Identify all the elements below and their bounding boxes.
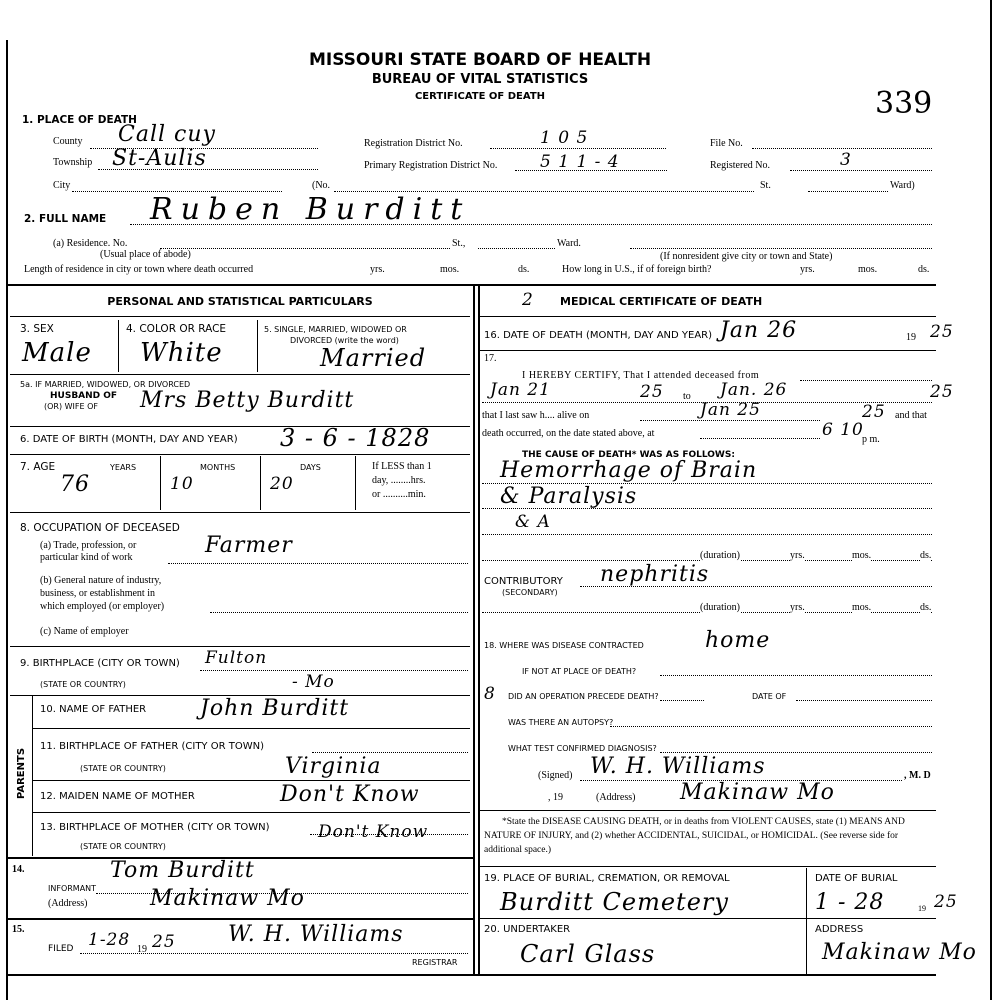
- residence-ward: Ward.: [557, 238, 581, 249]
- no-label: (No.: [312, 180, 330, 191]
- duration-ds-1: ds.: [920, 550, 931, 561]
- medical-title: MEDICAL CERTIFICATE OF DEATH: [560, 295, 880, 308]
- operation-mark: 8: [484, 684, 496, 704]
- last-saw-label: that I last saw h.... alive on: [482, 410, 589, 421]
- birthplace-city-value: Fulton: [205, 648, 267, 668]
- physician-address-label: (Address): [596, 792, 635, 803]
- divider: [160, 456, 161, 510]
- duration-label-1: (duration): [700, 550, 740, 561]
- right-border: [990, 0, 992, 1000]
- attended-to-year: 25: [930, 382, 954, 402]
- stamp-number: 339: [875, 86, 932, 121]
- date-of-label: DATE OF: [752, 692, 786, 701]
- industry-line: [210, 612, 468, 613]
- death-time: 6 10: [822, 420, 864, 440]
- attended-to: Jan. 26: [720, 380, 787, 400]
- primary-district-value: 5 1 1 - 4: [540, 152, 620, 172]
- last-saw-date: Jan 25: [700, 400, 761, 420]
- file-no-label: File No.: [710, 138, 743, 149]
- operation-line: [660, 700, 704, 701]
- reg-district-label: Registration District No.: [364, 138, 463, 149]
- divider: [33, 780, 470, 781]
- cause-1: Hemorrhage of Brain: [500, 458, 757, 483]
- informant-value: Tom Burditt: [110, 858, 255, 883]
- divider: [10, 512, 470, 513]
- year-label: , 19: [548, 792, 563, 803]
- parents-divider: [32, 696, 33, 856]
- birthplace-state-label: (STATE OR COUNTRY): [40, 680, 126, 689]
- father-label: 10. NAME OF FATHER: [40, 704, 146, 715]
- birthplace-state-value: - Mo: [292, 672, 335, 692]
- township-label: Township: [53, 157, 92, 168]
- mother-value: Don't Know: [280, 782, 420, 807]
- full-name-value: Ruben Burditt: [150, 192, 470, 227]
- test-line: [660, 752, 932, 753]
- undertaker-label: 20. UNDERTAKER: [484, 924, 570, 935]
- burial-year-prefix: 19: [918, 904, 926, 913]
- burial-place-value: Burditt Cemetery: [500, 888, 729, 916]
- length-mos: mos.: [440, 264, 459, 275]
- residence-line: [160, 248, 450, 249]
- dod-year: 25: [930, 322, 954, 342]
- divider: [33, 728, 470, 729]
- less-label-2: day, ........hrs.: [372, 475, 426, 486]
- length-yrs: yrs.: [370, 264, 385, 275]
- test-label: WHAT TEST CONFIRMED DIAGNOSIS?: [508, 744, 657, 753]
- dod-value: Jan 26: [720, 318, 797, 343]
- contracted-label: 18. WHERE WAS DISEASE CONTRACTED: [484, 641, 644, 650]
- certificate-title: CERTIFICATE OF DEATH: [270, 91, 690, 102]
- township-value: St-Aulis: [112, 146, 207, 171]
- sex-label: 3. SEX: [20, 323, 54, 335]
- abode-label: (Usual place of abode): [100, 249, 191, 260]
- date-of-line: [796, 700, 932, 701]
- undertaker-value: Carl Glass: [520, 940, 655, 968]
- birthplace-label: 9. BIRTHPLACE (CITY OR TOWN): [20, 658, 180, 669]
- num-17: 17.: [484, 353, 497, 364]
- burial-date-value: 1 - 28: [815, 890, 884, 915]
- spouse-label-2: HUSBAND OF: [50, 391, 117, 401]
- county-label: County: [53, 136, 82, 147]
- physician-address: Makinaw Mo: [680, 780, 835, 805]
- burial-date-label: DATE OF BURIAL: [815, 873, 898, 884]
- time-suffix: p m.: [862, 434, 880, 445]
- divider: [480, 316, 936, 317]
- mother-label: 12. MAIDEN NAME OF MOTHER: [40, 791, 195, 802]
- filed-date: 1-28: [88, 930, 130, 950]
- occupation-value: Farmer: [205, 533, 293, 558]
- spouse-label-3: (OR) WIFE OF: [44, 402, 98, 411]
- age-months-value: 10: [170, 474, 194, 494]
- dod-label: 16. DATE OF DEATH (MONTH, DAY AND YEAR): [484, 330, 712, 341]
- years-label: YEARS: [110, 463, 136, 472]
- age-days-value: 20: [270, 474, 294, 494]
- not-at-place-line: [660, 675, 932, 676]
- divider: [10, 316, 470, 317]
- last-saw-line: [640, 420, 820, 421]
- secondary-label: (SECONDARY): [502, 588, 558, 597]
- informant-address-label: (Address): [48, 898, 87, 909]
- bureau-title: BUREAU OF VITAL STATISTICS: [270, 72, 690, 87]
- divider: [260, 456, 261, 510]
- attended-from-year: 25: [640, 382, 664, 402]
- file-no-line: [752, 148, 932, 149]
- city-label: City: [53, 180, 70, 191]
- bottom-divider: [6, 974, 936, 976]
- occ-a-1: (a) Trade, profession, or: [40, 540, 136, 551]
- county-value: Call cuy: [118, 122, 216, 147]
- attended-from: Jan 21: [490, 380, 551, 400]
- informant-address-value: Makinaw Mo: [150, 886, 305, 911]
- burial-place-label: 19. PLACE OF BURIAL, CREMATION, OR REMOV…: [484, 873, 730, 884]
- us-label: How long in U.S., if of foreign birth?: [562, 264, 711, 275]
- duration-yrs-1: yrs.: [790, 550, 805, 561]
- divider: [480, 866, 936, 867]
- occurred-line: [700, 438, 820, 439]
- length-residence-label: Length of residence in city or town wher…: [24, 264, 253, 275]
- us-ds: ds.: [918, 264, 929, 275]
- st-label: St.: [760, 180, 771, 191]
- divider: [480, 810, 936, 811]
- divider: [480, 350, 936, 351]
- autopsy-label: WAS THERE AN AUTOPSY?: [508, 718, 613, 727]
- informant-label: INFORMANT: [48, 884, 96, 893]
- mother-bp-state-label: (STATE OR COUNTRY): [80, 842, 166, 851]
- age-label: 7. AGE: [20, 461, 55, 473]
- informant-num: 14.: [12, 864, 25, 875]
- duration-ds-2: ds.: [920, 602, 931, 613]
- residence-ward-line: [478, 248, 555, 249]
- reg-district-line: [490, 148, 666, 149]
- filed-num: 15.: [12, 924, 25, 935]
- residence-label: (a) Residence. No.: [53, 238, 127, 249]
- birthplace-line: [200, 670, 468, 671]
- contributory-value: nephritis: [600, 562, 709, 587]
- top-divider: [6, 284, 936, 286]
- age-years-value: 76: [60, 472, 90, 497]
- filed-year-prefix: 19: [137, 944, 147, 955]
- divider: [118, 320, 119, 372]
- operation-label: DID AN OPERATION PRECEDE DEATH?: [508, 692, 659, 701]
- length-ds: ds.: [518, 264, 529, 275]
- days-label: DAYS: [300, 463, 321, 472]
- father-value: John Burditt: [200, 696, 349, 721]
- full-name-label: 2. FULL NAME: [24, 213, 106, 225]
- cause-3: & A: [515, 512, 551, 532]
- not-at-place-label: IF NOT AT PLACE OF DEATH?: [522, 667, 636, 676]
- occ-a-2: particular kind of work: [40, 552, 132, 563]
- occurred-label: death occurred, on the date stated above…: [482, 428, 654, 439]
- duration-label-2: (duration): [700, 602, 740, 613]
- nonresident-label: (If nonresident give city or town and St…: [660, 251, 832, 262]
- spouse-value: Mrs Betty Burditt: [140, 388, 354, 413]
- md-label: , M. D: [904, 770, 931, 781]
- occ-b-2: business, or establishment in: [40, 588, 155, 599]
- autopsy-line: [610, 726, 932, 727]
- burial-address-label: ADDRESS: [815, 924, 863, 935]
- months-label: MONTHS: [200, 463, 235, 472]
- dod-year-prefix: 19: [906, 332, 916, 343]
- column-divider-2: [478, 284, 480, 974]
- registered-no-label: Registered No.: [710, 160, 770, 171]
- filed-label: FILED: [48, 944, 73, 954]
- less-label-3: or ..........min.: [372, 489, 426, 500]
- and-that-label: and that: [895, 410, 927, 421]
- marital-label: 5. SINGLE, MARRIED, WIDOWED OR: [264, 325, 407, 334]
- contracted-value: home: [705, 628, 770, 653]
- duration-mos-2: mos.: [852, 602, 871, 613]
- divider: [6, 918, 474, 920]
- divider: [10, 454, 470, 455]
- race-label: 4. COLOR OR RACE: [126, 323, 226, 335]
- contributory-label: CONTRIBUTORY: [484, 576, 563, 587]
- personal-title: PERSONAL AND STATISTICAL PARTICULARS: [10, 295, 470, 308]
- father-bp-label: 11. BIRTHPLACE OF FATHER (CITY OR TOWN): [40, 741, 264, 752]
- medical-mark: 2: [522, 290, 534, 310]
- primary-district-label: Primary Registration District No.: [364, 160, 497, 171]
- divider: [480, 918, 936, 919]
- us-yrs: yrs.: [800, 264, 815, 275]
- duration-mos-1: mos.: [852, 550, 871, 561]
- cause-line-3: [482, 534, 932, 535]
- footnote: *State the DISEASE CAUSING DEATH, or in …: [484, 815, 934, 857]
- mother-bp-value: Don't Know: [318, 822, 428, 842]
- less-label-1: If LESS than 1: [372, 461, 432, 472]
- father-bp-line: [312, 752, 468, 753]
- cause-2: & Paralysis: [500, 484, 637, 509]
- ward-line: [808, 191, 888, 192]
- father-bp-state-value: Virginia: [285, 754, 382, 779]
- signed-label: (Signed): [538, 770, 572, 781]
- race-value: White: [140, 338, 223, 368]
- divider: [355, 456, 356, 510]
- occupation-line: [168, 563, 468, 564]
- residence-st: St.,: [452, 238, 465, 249]
- parents-side-label: PARENTS: [16, 748, 27, 799]
- mother-bp-label: 13. BIRTHPLACE OF MOTHER (CITY OR TOWN): [40, 822, 270, 833]
- duration-yrs-2: yrs.: [790, 602, 805, 613]
- physician-signature: W. H. Williams: [590, 754, 766, 779]
- occ-c: (c) Name of employer: [40, 626, 129, 637]
- occ-b-3: which employed (or employer): [40, 601, 164, 612]
- occ-b-1: (b) General nature of industry,: [40, 575, 161, 586]
- filed-year: 25: [152, 932, 176, 952]
- registered-no-value: 3: [840, 150, 852, 170]
- column-divider: [473, 284, 475, 974]
- registered-no-line: [790, 170, 932, 171]
- registrar-label: REGISTRAR: [412, 958, 457, 967]
- burial-year: 25: [934, 892, 958, 912]
- divider: [806, 868, 807, 974]
- reg-district-value: 1 0 5: [540, 128, 588, 148]
- certify-line: [800, 380, 932, 381]
- attended-to-label: to: [683, 391, 691, 402]
- left-border: [6, 40, 8, 1000]
- registrar-signature: W. H. Williams: [228, 922, 404, 947]
- nonresident-line: [630, 248, 932, 249]
- divider: [33, 812, 470, 813]
- divider: [10, 646, 470, 647]
- father-bp-state-label: (STATE OR COUNTRY): [80, 764, 166, 773]
- dob-value: 3 - 6 - 1828: [280, 424, 430, 452]
- last-saw-year: 25: [862, 402, 886, 422]
- marital-value: Married: [320, 344, 426, 372]
- burial-address-value: Makinaw Mo: [822, 940, 977, 965]
- divider: [10, 374, 470, 375]
- divider: [257, 320, 258, 372]
- board-title: MISSOURI STATE BOARD OF HEALTH: [270, 50, 690, 70]
- ward-label: Ward): [890, 180, 915, 191]
- us-mos: mos.: [858, 264, 877, 275]
- dob-label: 6. DATE OF BIRTH (MONTH, DAY AND YEAR): [20, 434, 238, 445]
- sex-value: Male: [22, 338, 92, 368]
- occupation-label: 8. OCCUPATION OF DECEASED: [20, 522, 180, 534]
